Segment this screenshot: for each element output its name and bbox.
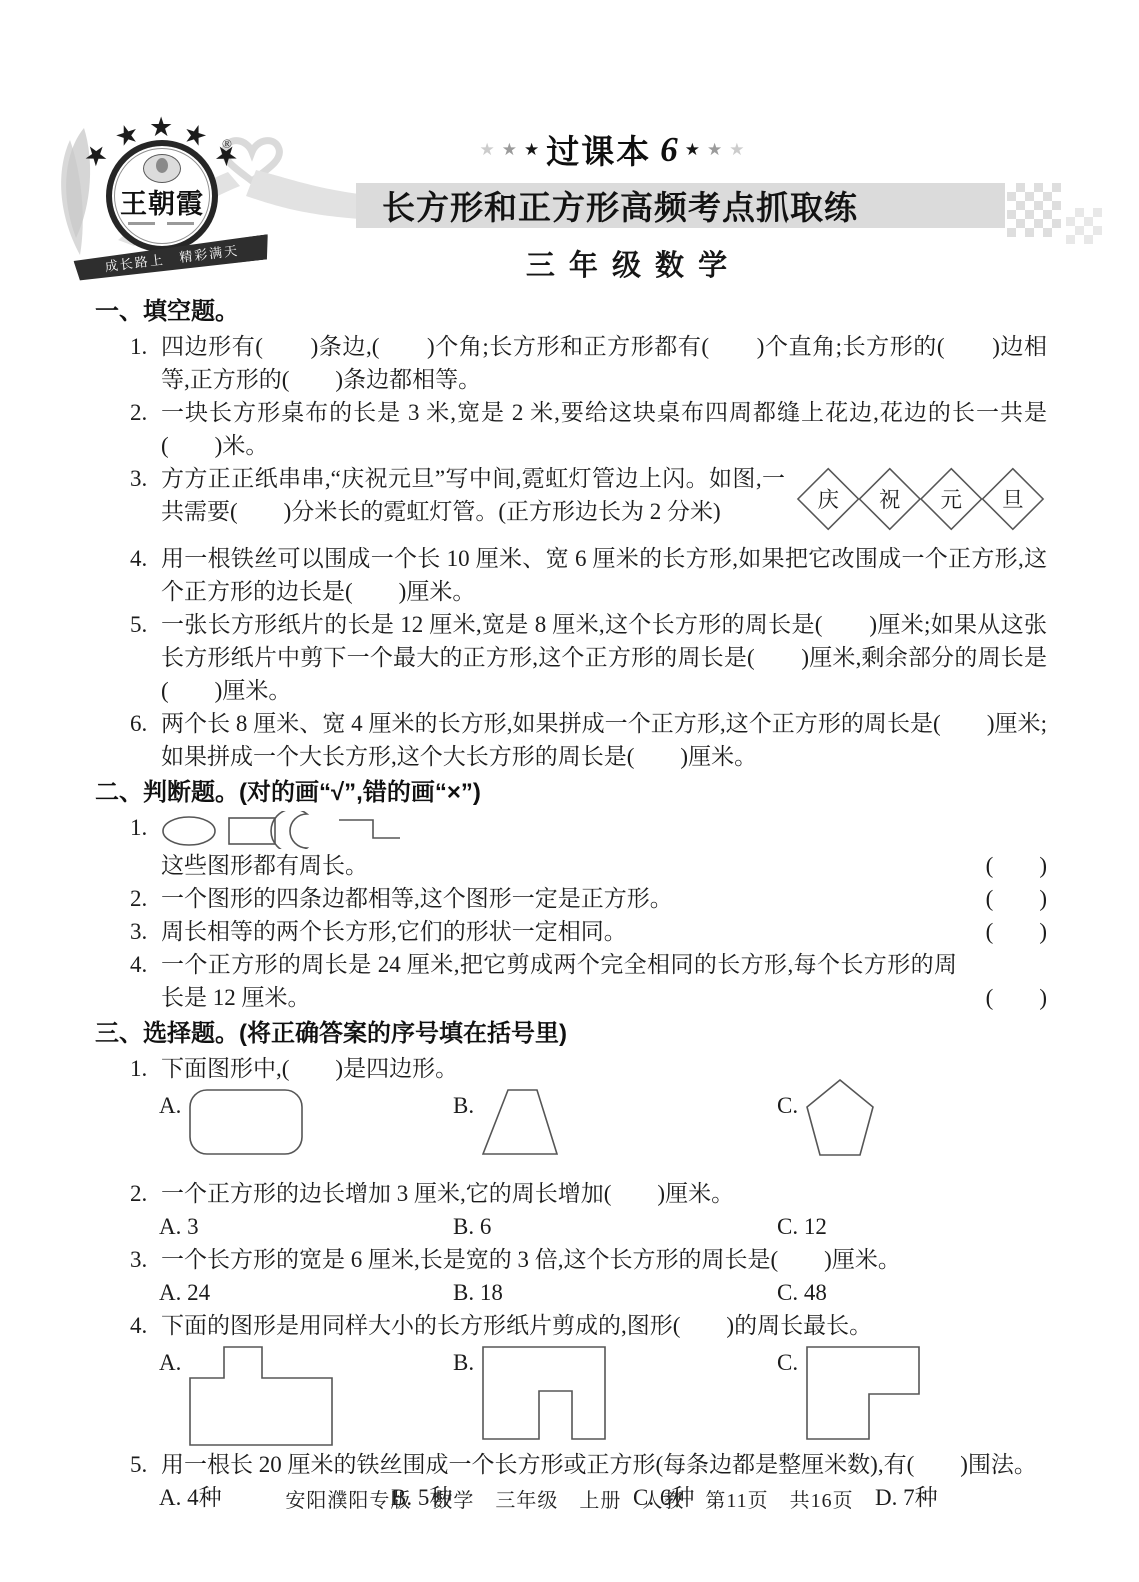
fill-question-3: 3. 庆 祝 元 旦 方方正正纸串串,“庆祝元旦”写中间,霓虹灯管边上闪。如图,…: [95, 462, 1047, 542]
lesson-banner: 长方形和正方形高频考点抓取练: [356, 183, 1005, 228]
star-icon: ★: [707, 141, 722, 158]
checker-decoration: [1007, 183, 1061, 237]
judge-question-3: 3. 周长相等的两个长方形,它们的形状一定相同。 ( ): [95, 915, 1047, 948]
choice-3-options: A. 24 B. 18 C. 48: [95, 1276, 1047, 1309]
option-c: C.: [777, 1089, 874, 1157]
question-number: 2.: [130, 396, 161, 462]
question-number: 3.: [130, 462, 161, 542]
diamond-char: 祝: [879, 488, 900, 512]
section-choice-title: 三、选择题。(将正确答案的序号填在括号里): [95, 1016, 1047, 1051]
worksheet-content: 一、填空题。 1. 四边形有( )条边,( )个角;长方形和正方形都有( )个直…: [95, 292, 1047, 1514]
fill-question-2: 2. 一块长方形桌布的长是 3 米,宽是 2 米,要给这块桌布四周都缝上花边,花…: [95, 396, 1047, 462]
badge-subtext-bar: [167, 222, 194, 225]
choice-question-3: 3. 一个长方形的宽是 6 厘米,长是宽的 3 倍,这个长方形的周长是( )厘米…: [95, 1243, 1047, 1276]
question-number: 1.: [130, 1052, 161, 1085]
option-b: B. 18: [453, 1276, 503, 1309]
option-label: A.: [159, 1346, 181, 1379]
question-number: 2.: [130, 1177, 161, 1210]
question-number: 6.: [130, 707, 161, 773]
question-number: 5.: [130, 608, 161, 707]
question-text: 这些图形都有周长。: [161, 853, 368, 878]
registered-mark: ®: [222, 136, 232, 152]
star-icon: ★: [502, 141, 517, 158]
pentagon-shape: [807, 1080, 873, 1155]
perimeter-shapes-figure: [161, 811, 401, 849]
brand-name: 王朝霞: [112, 182, 212, 221]
question-number: 4.: [130, 542, 161, 608]
question-number: 1.: [130, 811, 161, 882]
logo-star-icon: ★: [149, 114, 173, 141]
pentagon-icon: [806, 1079, 874, 1157]
answer-bracket: ( ): [986, 849, 1047, 882]
question-text: 周长相等的两个长方形,它们的形状一定相同。: [161, 919, 627, 944]
question-body: 庆 祝 元 旦 方方正正纸串串,“庆祝元旦”写中间,霓虹灯管边上闪。如图,一共需…: [161, 462, 1047, 542]
trapezoid-shape: [483, 1090, 557, 1154]
question-text: 一个正方形的边长增加 3 厘米,它的周长增加( )厘米。: [161, 1177, 1047, 1210]
section-judge-title: 二、判断题。(对的画“√”,错的画“×”): [95, 775, 1047, 810]
question-number: 4.: [130, 948, 161, 1014]
star-icon: ★: [729, 141, 744, 158]
logo-star-icon: ★: [78, 137, 113, 173]
lesson-title: 长方形和正方形高频考点抓取练: [382, 182, 858, 229]
question-text: 两个长 8 厘米、宽 4 厘米的长方形,如果拼成一个正方形,这个正方形的周长是(…: [161, 707, 1047, 773]
star-icon: ★: [480, 141, 495, 158]
grade-title: 三 年 级 数 学: [418, 243, 838, 284]
question-text: 一块长方形桌布的长是 3 米,宽是 2 米,要给这块桌布四周都缝上花边,花边的长…: [161, 396, 1047, 462]
option-a: A.: [159, 1346, 333, 1446]
star-icon: ★: [685, 141, 700, 158]
question-number: 3.: [130, 915, 161, 948]
option-b: B. 6: [453, 1210, 491, 1243]
logo-badge-circle: 王朝霞: [106, 140, 218, 252]
fill-question-5: 5. 一张长方形纸片的长是 12 厘米,宽是 8 厘米,这个长方形的周长是( )…: [95, 608, 1047, 707]
choice-question-5: 5. 用一根长 20 厘米的铁丝围成一个长方形或正方形(每条边都是整厘米数),有…: [95, 1448, 1047, 1481]
option-a: A. 24: [159, 1276, 210, 1309]
fill-question-4: 4. 用一根铁丝可以围成一个长 10 厘米、宽 6 厘米的长方形,如果把它改围成…: [95, 542, 1047, 608]
choice-question-4: 4. 下面的图形是用同样大小的长方形纸片剪成的,图形( )的周长最长。: [95, 1309, 1047, 1342]
bottom-notch-polygon-icon: [482, 1346, 606, 1440]
question-body: 一个图形的四条边都相等,这个图形一定是正方形。 ( ): [161, 882, 1047, 915]
option-c: C. 12: [777, 1210, 827, 1243]
diamond-char: 庆: [817, 488, 838, 512]
question-number: 1.: [130, 330, 161, 396]
option-label: C.: [777, 1346, 798, 1379]
brand-logo: ★ ★ ★ ★ ★ ® 王朝霞 成长路上 精彩满天: [70, 114, 288, 294]
diamond-char: 元: [941, 488, 962, 512]
option-label: B.: [453, 1089, 474, 1122]
answer-bracket: ( ): [986, 915, 1047, 948]
oval-icon: [163, 817, 215, 845]
trapezoid-icon: [482, 1089, 558, 1155]
answer-bracket: ( ): [986, 882, 1047, 915]
question-number: 2.: [130, 882, 161, 915]
question-body: 这些图形都有周长。 ( ): [161, 811, 1047, 882]
question-body: 周长相等的两个长方形,它们的形状一定相同。 ( ): [161, 915, 1047, 948]
unit-title: ★ ★ ★ 过课本 6 ★ ★ ★: [412, 126, 812, 173]
question-text: 下面的图形是用同样大小的长方形纸片剪成的,图形( )的周长最长。: [161, 1309, 1047, 1342]
rounded-rectangle-icon: [189, 1089, 303, 1155]
question-text: 一个长方形的宽是 6 厘米,长是宽的 3 倍,这个长方形的周长是( )厘米。: [161, 1243, 1047, 1276]
l-shape-polygon-icon: [806, 1346, 920, 1440]
option-b: B.: [453, 1089, 558, 1155]
question-text: 一张长方形纸片的长是 12 厘米,宽是 8 厘米,这个长方形的周长是( )厘米;…: [161, 608, 1047, 707]
diamond-char: 旦: [1002, 488, 1023, 512]
page-footer: 安阳濮阳专版 数学 三年级 上册 人教 第11页 共16页: [0, 1484, 1139, 1513]
question-text: 用一根铁丝可以围成一个长 10 厘米、宽 6 厘米的长方形,如果把它改围成一个正…: [161, 542, 1047, 608]
option-c: C.: [777, 1346, 920, 1440]
option-a: A.: [159, 1089, 303, 1155]
rounded-rectangle-shape: [190, 1090, 302, 1154]
section-fill-title: 一、填空题。: [95, 294, 1047, 329]
choice-2-options: A. 3 B. 6 C. 12: [95, 1210, 1047, 1243]
option-label: B.: [453, 1346, 474, 1379]
option-b: B.: [453, 1346, 606, 1440]
answer-bracket: ( ): [986, 981, 1047, 1014]
cut-paper-shape-c: [807, 1347, 919, 1439]
judge-question-4: 4. 一个正方形的周长是 24 厘米,把它剪成两个完全相同的长方形,每个长方形的…: [95, 948, 1047, 1014]
choice-question-1: 1. 下面图形中,( )是四边形。: [95, 1052, 1047, 1085]
fill-question-1: 1. 四边形有( )条边,( )个角;长方形和正方形都有( )个直角;长方形的(…: [95, 330, 1047, 396]
judge-question-1: 1. 这些图形都有周长。 ( ): [95, 811, 1047, 882]
option-a: A. 3: [159, 1210, 199, 1243]
question-text: 四边形有( )条边,( )个角;长方形和正方形都有( )个直角;长方形的( )边…: [161, 330, 1047, 396]
judge-question-2: 2. 一个图形的四条边都相等,这个图形一定是正方形。 ( ): [95, 882, 1047, 915]
question-number: 5.: [130, 1448, 161, 1481]
cut-paper-shape-b: [483, 1347, 605, 1439]
question-text: 一个图形的四条边都相等,这个图形一定是正方形。: [161, 886, 673, 911]
choice-question-2: 2. 一个正方形的边长增加 3 厘米,它的周长增加( )厘米。: [95, 1177, 1047, 1210]
option-label: C.: [777, 1089, 798, 1122]
option-c: C. 48: [777, 1276, 827, 1309]
cut-paper-shape-a: [190, 1347, 332, 1445]
question-text: 用一根长 20 厘米的铁丝围成一个长方形或正方形(每条边都是整厘米数),有( )…: [161, 1448, 1047, 1481]
badge-subtext-bar: [128, 222, 155, 225]
choice-1-shape-options: A. B. C.: [95, 1089, 1047, 1177]
unit-title-text: 过课本: [546, 126, 651, 173]
question-body: 一个正方形的周长是 24 厘米,把它剪成两个完全相同的长方形,每个长方形的周长是…: [161, 948, 1047, 1014]
worksheet-page: ★ ★ ★ ★ ★ ® 王朝霞 成长路上 精彩满天 ★ ★ ★ 过课本 6 ★ …: [0, 0, 1139, 1582]
tab-top-polygon-icon: [189, 1346, 333, 1446]
question-number: 3.: [130, 1243, 161, 1276]
question-text: 方方正正纸串串,“庆祝元旦”写中间,霓虹灯管边上闪。如图,一共需要( )分米长的…: [161, 466, 785, 524]
unit-number: 6: [660, 130, 678, 170]
crescent-icon: [271, 811, 307, 849]
question-number: 4.: [130, 1309, 161, 1342]
rectangle-icon: [229, 818, 275, 844]
portrait-head-icon: [156, 158, 168, 173]
open-polyline-icon: [339, 820, 400, 838]
fill-question-6: 6. 两个长 8 厘米、宽 4 厘米的长方形,如果拼成一个正方形,这个正方形的周…: [95, 707, 1047, 773]
checker-decoration: [1066, 208, 1102, 244]
lantern-diamonds-figure: 庆 祝 元 旦: [795, 456, 1047, 542]
star-icon: ★: [524, 141, 539, 158]
choice-4-shape-options: A. B. C.: [95, 1346, 1047, 1448]
option-label: A.: [159, 1089, 181, 1122]
question-text: 下面图形中,( )是四边形。: [161, 1052, 1047, 1085]
question-text: 一个正方形的周长是 24 厘米,把它剪成两个完全相同的长方形,每个长方形的周长是…: [161, 952, 957, 1010]
